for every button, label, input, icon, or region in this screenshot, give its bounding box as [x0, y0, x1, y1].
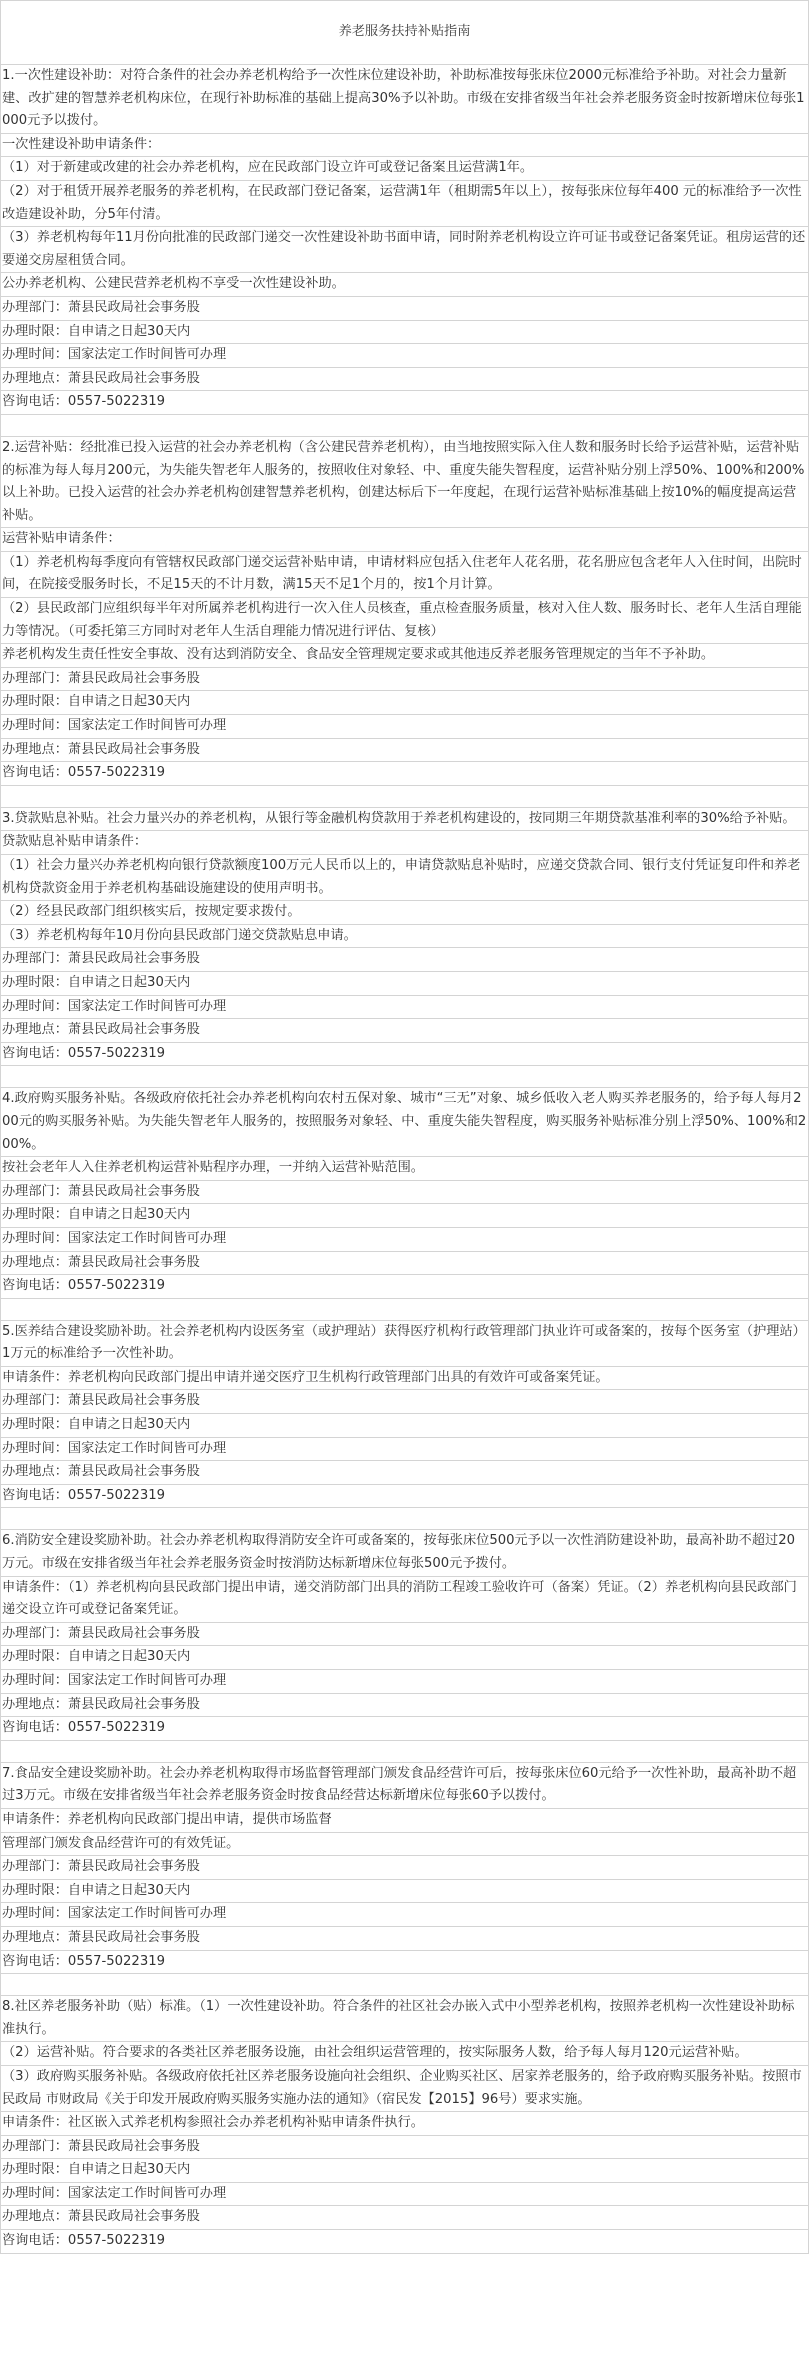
section-8-item-row: （2）运营补贴。符合要求的各类社区养老服务设施，由社会组织运营管理的，按实际服务…	[1, 2042, 809, 2066]
consult-phone: 咨询电话：0557-5022319	[1, 391, 809, 415]
handling-location: 办理地点：萧县民政局社会事务股	[1, 367, 809, 391]
condition-item: （1）社会力量兴办养老机构向银行贷款额度100万元人民币以上的，申请贷款贴息补贴…	[1, 855, 809, 901]
info-row: 办理地点：萧县民政局社会事务股	[1, 2206, 809, 2230]
section-intro: 5.医养结合建设奖励补助。社会养老机构内设医务室（或护理站）获得医疗机构行政管理…	[1, 1320, 809, 1366]
handling-department: 办理部门：萧县民政局社会事务股	[1, 2135, 809, 2159]
spacer-row	[1, 785, 809, 807]
handling-time-limit: 办理时限：自申请之日起30天内	[1, 320, 809, 344]
section-1-conditions-title-row: 一次性建设补助申请条件：	[1, 133, 809, 157]
handling-hours: 办理时间：国家法定工作时间皆可办理	[1, 1227, 809, 1251]
info-row: 办理时间：国家法定工作时间皆可办理	[1, 1227, 809, 1251]
consult-phone: 咨询电话：0557-5022319	[1, 1950, 809, 1974]
section-2-item-row: （1）养老机构每季度向有管辖权民政部门递交运营补贴申请，申请材料应包括入住老年人…	[1, 551, 809, 597]
info-row: 办理时限：自申请之日起30天内	[1, 1204, 809, 1228]
condition-item: （2）县民政部门应组织每半年对所属养老机构进行一次入住人员核查，重点检查服务质量…	[1, 598, 809, 644]
section-intro: 6.消防安全建设奖励补助。社会办养老机构取得消防安全许可或备案的，按每张床位50…	[1, 1530, 809, 1576]
handling-location: 办理地点：萧县民政局社会事务股	[1, 1019, 809, 1043]
spacer	[1, 1740, 809, 1762]
section-3-conditions-title-row: 贷款贴息补贴申请条件：	[1, 831, 809, 855]
info-row: 办理时限：自申请之日起30天内	[1, 691, 809, 715]
info-row: 办理时限：自申请之日起30天内	[1, 971, 809, 995]
handling-location: 办理地点：萧县民政局社会事务股	[1, 1693, 809, 1717]
info-row: 办理地点：萧县民政局社会事务股	[1, 1693, 809, 1717]
consult-phone: 咨询电话：0557-5022319	[1, 1484, 809, 1508]
handling-department: 办理部门：萧县民政局社会事务股	[1, 1856, 809, 1880]
handling-department: 办理部门：萧县民政局社会事务股	[1, 296, 809, 320]
info-row: 办理地点：萧县民政局社会事务股	[1, 1926, 809, 1950]
spacer-row	[1, 1974, 809, 1996]
info-row: 办理时间：国家法定工作时间皆可办理	[1, 344, 809, 368]
info-row: 办理地点：萧县民政局社会事务股	[1, 1461, 809, 1485]
section-5-intro-row: 5.医养结合建设奖励补助。社会养老机构内设医务室（或护理站）获得医疗机构行政管理…	[1, 1320, 809, 1366]
info-row: 办理部门：萧县民政局社会事务股	[1, 1622, 809, 1646]
info-row: 办理时限：自申请之日起30天内	[1, 320, 809, 344]
section-2-item-row: 养老机构发生责任性安全事故、没有达到消防安全、食品安全管理规定要求或其他违反养老…	[1, 644, 809, 668]
handling-department: 办理部门：萧县民政局社会事务股	[1, 948, 809, 972]
info-row: 咨询电话：0557-5022319	[1, 1275, 809, 1299]
section-3-item-row: （3）养老机构每年10月份向县民政部门递交贷款贴息申请。	[1, 924, 809, 948]
handling-time-limit: 办理时限：自申请之日起30天内	[1, 1879, 809, 1903]
section-intro: 1.一次性建设补助：对符合条件的社会办养老机构给予一次性床位建设补助，补助标准按…	[1, 65, 809, 134]
handling-time-limit: 办理时限：自申请之日起30天内	[1, 1414, 809, 1438]
section-7-intro-row: 7.食品安全建设奖励补助。社会办养老机构取得市场监督管理部门颁发食品经营许可后，…	[1, 1762, 809, 1808]
info-row: 办理地点：萧县民政局社会事务股	[1, 367, 809, 391]
spacer	[1, 785, 809, 807]
section-8-item-row: 申请条件：社区嵌入式养老机构参照社会办养老机构补贴申请条件执行。	[1, 2112, 809, 2136]
spacer-row	[1, 414, 809, 436]
spacer	[1, 1298, 809, 1320]
info-row: 办理地点：萧县民政局社会事务股	[1, 1251, 809, 1275]
spacer-row	[1, 1508, 809, 1530]
condition-item: 申请条件：（1）养老机构向县民政部门提出申请，递交消防部门出具的消防工程竣工验收…	[1, 1576, 809, 1622]
handling-time-limit: 办理时限：自申请之日起30天内	[1, 971, 809, 995]
condition-item: （3）政府购买服务补贴。各级政府依托社区养老服务设施向社会组织、企业购买社区、居…	[1, 2065, 809, 2111]
conditions-title: 运营补贴申请条件：	[1, 528, 809, 552]
section-7-item-row: 管理部门颁发食品经营许可的有效凭证。	[1, 1832, 809, 1856]
info-row: 办理时限：自申请之日起30天内	[1, 2159, 809, 2183]
conditions-title: 一次性建设补助申请条件：	[1, 133, 809, 157]
info-row: 办理时限：自申请之日起30天内	[1, 1879, 809, 1903]
handling-department: 办理部门：萧县民政局社会事务股	[1, 1390, 809, 1414]
handling-time-limit: 办理时限：自申请之日起30天内	[1, 691, 809, 715]
consult-phone: 咨询电话：0557-5022319	[1, 1042, 809, 1066]
info-row: 咨询电话：0557-5022319	[1, 1950, 809, 1974]
handling-location: 办理地点：萧县民政局社会事务股	[1, 1461, 809, 1485]
info-row: 咨询电话：0557-5022319	[1, 1717, 809, 1741]
section-4-item-row: 按社会老年人入住养老机构运营补贴程序办理，一并纳入运营补贴范围。	[1, 1157, 809, 1181]
consult-phone: 咨询电话：0557-5022319	[1, 762, 809, 786]
section-1-intro-row: 1.一次性建设补助：对符合条件的社会办养老机构给予一次性床位建设补助，补助标准按…	[1, 65, 809, 134]
handling-time-limit: 办理时限：自申请之日起30天内	[1, 1204, 809, 1228]
consult-phone: 咨询电话：0557-5022319	[1, 1717, 809, 1741]
condition-item: 公办养老机构、公建民营养老机构不享受一次性建设补助。	[1, 273, 809, 297]
info-row: 办理时限：自申请之日起30天内	[1, 1414, 809, 1438]
section-2-intro-row: 2.运营补贴：经批准已投入运营的社会办养老机构（含公建民营养老机构），由当地按照…	[1, 436, 809, 527]
subsidy-guide-table: 养老服务扶持补贴指南 1.一次性建设补助：对符合条件的社会办养老机构给予一次性床…	[0, 0, 809, 2254]
section-intro: 8.社区养老服务补助（贴）标准。（1）一次性建设补助。符合条件的社区社会办嵌入式…	[1, 1996, 809, 2042]
info-row: 办理部门：萧县民政局社会事务股	[1, 2135, 809, 2159]
condition-item: （1）养老机构每季度向有管辖权民政部门递交运营补贴申请，申请材料应包括入住老年人…	[1, 551, 809, 597]
handling-department: 办理部门：萧县民政局社会事务股	[1, 1180, 809, 1204]
handling-hours: 办理时间：国家法定工作时间皆可办理	[1, 1903, 809, 1927]
handling-location: 办理地点：萧县民政局社会事务股	[1, 738, 809, 762]
spacer	[1, 1508, 809, 1530]
handling-department: 办理部门：萧县民政局社会事务股	[1, 1622, 809, 1646]
info-row: 办理时间：国家法定工作时间皆可办理	[1, 2182, 809, 2206]
condition-item: （3）养老机构每年10月份向县民政部门递交贷款贴息申请。	[1, 924, 809, 948]
section-intro: 3.贷款贴息补贴。社会力量兴办的养老机构，从银行等金融机构贷款用于养老机构建设的…	[1, 807, 809, 831]
condition-item: 管理部门颁发食品经营许可的有效凭证。	[1, 1832, 809, 1856]
handling-hours: 办理时间：国家法定工作时间皆可办理	[1, 344, 809, 368]
section-intro: 2.运营补贴：经批准已投入运营的社会办养老机构（含公建民营养老机构），由当地按照…	[1, 436, 809, 527]
handling-hours: 办理时间：国家法定工作时间皆可办理	[1, 1437, 809, 1461]
page-title: 养老服务扶持补贴指南	[1, 1, 809, 65]
handling-department: 办理部门：萧县民政局社会事务股	[1, 667, 809, 691]
info-row: 办理时间：国家法定工作时间皆可办理	[1, 715, 809, 739]
spacer	[1, 1974, 809, 1996]
section-intro: 7.食品安全建设奖励补助。社会办养老机构取得市场监督管理部门颁发食品经营许可后，…	[1, 1762, 809, 1808]
section-3-intro-row: 3.贷款贴息补贴。社会力量兴办的养老机构，从银行等金融机构贷款用于养老机构建设的…	[1, 807, 809, 831]
handling-hours: 办理时间：国家法定工作时间皆可办理	[1, 995, 809, 1019]
section-6-item-row: 申请条件：（1）养老机构向县民政部门提出申请，递交消防部门出具的消防工程竣工验收…	[1, 1576, 809, 1622]
info-row: 办理地点：萧县民政局社会事务股	[1, 738, 809, 762]
spacer-row	[1, 1298, 809, 1320]
section-7-item-row: 申请条件：养老机构向民政部门提出申请，提供市场监督	[1, 1808, 809, 1832]
section-1-item-row: （2）对于租赁开展养老服务的养老机构，在民政部门登记备案，运营满1年（租期需5年…	[1, 180, 809, 226]
section-2-conditions-title-row: 运营补贴申请条件：	[1, 528, 809, 552]
section-2-item-row: （2）县民政部门应组织每半年对所属养老机构进行一次入住人员核查，重点检查服务质量…	[1, 598, 809, 644]
info-row: 办理地点：萧县民政局社会事务股	[1, 1019, 809, 1043]
info-row: 咨询电话：0557-5022319	[1, 1484, 809, 1508]
handling-time-limit: 办理时限：自申请之日起30天内	[1, 2159, 809, 2183]
condition-item: （2）运营补贴。符合要求的各类社区养老服务设施，由社会组织运营管理的，按实际服务…	[1, 2042, 809, 2066]
section-1-item-row: （3）养老机构每年11月份向批准的民政部门递交一次性建设补助书面申请，同时附养老…	[1, 227, 809, 273]
condition-item: 申请条件：社区嵌入式养老机构参照社会办养老机构补贴申请条件执行。	[1, 2112, 809, 2136]
section-8-item-row: （3）政府购买服务补贴。各级政府依托社区养老服务设施向社会组织、企业购买社区、居…	[1, 2065, 809, 2111]
spacer	[1, 1066, 809, 1088]
info-row: 办理时间：国家法定工作时间皆可办理	[1, 1670, 809, 1694]
section-1-item-row: 公办养老机构、公建民营养老机构不享受一次性建设补助。	[1, 273, 809, 297]
condition-item: （1）对于新建或改建的社会办养老机构，应在民政部门设立许可或登记备案且运营满1年…	[1, 157, 809, 181]
info-row: 办理部门：萧县民政局社会事务股	[1, 1180, 809, 1204]
section-1-item-row: （1）对于新建或改建的社会办养老机构，应在民政部门设立许可或登记备案且运营满1年…	[1, 157, 809, 181]
condition-item: （3）养老机构每年11月份向批准的民政部门递交一次性建设补助书面申请，同时附养老…	[1, 227, 809, 273]
info-row: 办理部门：萧县民政局社会事务股	[1, 1390, 809, 1414]
section-intro: 4.政府购买服务补贴。各级政府依托社会办养老机构向农村五保对象、城市“三无”对象…	[1, 1088, 809, 1157]
handling-time-limit: 办理时限：自申请之日起30天内	[1, 1646, 809, 1670]
title-row: 养老服务扶持补贴指南	[1, 1, 809, 65]
handling-hours: 办理时间：国家法定工作时间皆可办理	[1, 715, 809, 739]
condition-item: （2）经县民政部门组织核实后，按规定要求拨付。	[1, 901, 809, 925]
condition-item: 申请条件：养老机构向民政部门提出申请，提供市场监督	[1, 1808, 809, 1832]
spacer	[1, 414, 809, 436]
handling-location: 办理地点：萧县民政局社会事务股	[1, 1251, 809, 1275]
info-row: 办理时间：国家法定工作时间皆可办理	[1, 995, 809, 1019]
section-4-intro-row: 4.政府购买服务补贴。各级政府依托社会办养老机构向农村五保对象、城市“三无”对象…	[1, 1088, 809, 1157]
info-row: 办理部门：萧县民政局社会事务股	[1, 1856, 809, 1880]
section-3-item-row: （2）经县民政部门组织核实后，按规定要求拨付。	[1, 901, 809, 925]
condition-item: （2）对于租赁开展养老服务的养老机构，在民政部门登记备案，运营满1年（租期需5年…	[1, 180, 809, 226]
handling-hours: 办理时间：国家法定工作时间皆可办理	[1, 1670, 809, 1694]
spacer-row	[1, 1740, 809, 1762]
info-row: 咨询电话：0557-5022319	[1, 1042, 809, 1066]
info-row: 办理部门：萧县民政局社会事务股	[1, 296, 809, 320]
consult-phone: 咨询电话：0557-5022319	[1, 1275, 809, 1299]
handling-location: 办理地点：萧县民政局社会事务股	[1, 1926, 809, 1950]
info-row: 办理时限：自申请之日起30天内	[1, 1646, 809, 1670]
condition-item: 养老机构发生责任性安全事故、没有达到消防安全、食品安全管理规定要求或其他违反养老…	[1, 644, 809, 668]
consult-phone: 咨询电话：0557-5022319	[1, 2230, 809, 2254]
info-row: 办理部门：萧县民政局社会事务股	[1, 948, 809, 972]
info-row: 咨询电话：0557-5022319	[1, 762, 809, 786]
section-3-item-row: （1）社会力量兴办养老机构向银行贷款额度100万元人民币以上的，申请贷款贴息补贴…	[1, 855, 809, 901]
section-5-item-row: 申请条件：养老机构向民政部门提出申请并递交医疗卫生机构行政管理部门出具的有效许可…	[1, 1366, 809, 1390]
info-row: 咨询电话：0557-5022319	[1, 391, 809, 415]
conditions-title: 贷款贴息补贴申请条件：	[1, 831, 809, 855]
handling-location: 办理地点：萧县民政局社会事务股	[1, 2206, 809, 2230]
condition-item: 申请条件：养老机构向民政部门提出申请并递交医疗卫生机构行政管理部门出具的有效许可…	[1, 1366, 809, 1390]
spacer-row	[1, 1066, 809, 1088]
section-6-intro-row: 6.消防安全建设奖励补助。社会办养老机构取得消防安全许可或备案的，按每张床位50…	[1, 1530, 809, 1576]
info-row: 办理时间：国家法定工作时间皆可办理	[1, 1437, 809, 1461]
info-row: 办理时间：国家法定工作时间皆可办理	[1, 1903, 809, 1927]
section-8-intro-row: 8.社区养老服务补助（贴）标准。（1）一次性建设补助。符合条件的社区社会办嵌入式…	[1, 1996, 809, 2042]
info-row: 办理部门：萧县民政局社会事务股	[1, 667, 809, 691]
handling-hours: 办理时间：国家法定工作时间皆可办理	[1, 2182, 809, 2206]
info-row: 咨询电话：0557-5022319	[1, 2230, 809, 2254]
condition-item: 按社会老年人入住养老机构运营补贴程序办理，一并纳入运营补贴范围。	[1, 1157, 809, 1181]
